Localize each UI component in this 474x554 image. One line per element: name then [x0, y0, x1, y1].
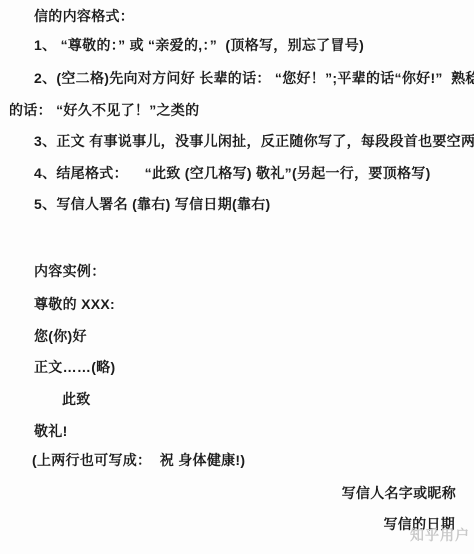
format-item-5: 5、写信人署名 (靠右) 写信日期(靠右) [34, 196, 271, 213]
example-signature-placeholder: 写信人名字或昵称 [342, 485, 456, 502]
format-item-3: 3、正文 有事说事儿，没事儿闲扯，反正随你写了，每段段首也要空两格。 [34, 133, 474, 150]
watermark-zhihu-user: 知乎用户 [410, 525, 470, 545]
section-title-example: 内容实例： [34, 263, 106, 280]
format-item-2-line2: 的话： “好久不见了！”之类的 [9, 102, 199, 119]
example-closing-jingli: 敬礼! [34, 423, 68, 440]
format-item-4: 4、结尾格式： “此致 (空几格写) 敬礼”(另起一行，要顶格写) [34, 165, 431, 182]
format-item-2-line1: 2、(空二格)先向对方问好 长辈的话： “您好！”;平辈的话“你好!” 熟稔 [34, 70, 474, 87]
letter-format-document: 信的内容格式： 1、 “尊敬的：” 或 “亲爱的,：” (顶格写，别忘了冒号) … [0, 0, 474, 554]
example-closing-note: (上两行也可写成： 祝 身体健康!) [32, 452, 245, 469]
example-salutation: 尊敬的 XXX: [34, 296, 115, 313]
section-title-format: 信的内容格式： [34, 8, 134, 25]
format-item-1: 1、 “尊敬的：” 或 “亲爱的,：” (顶格写，别忘了冒号) [34, 37, 364, 54]
example-greeting: 您(你)好 [34, 328, 87, 345]
example-closing-cizhi: 此致 [62, 391, 91, 408]
example-body: 正文……(略) [34, 359, 115, 376]
